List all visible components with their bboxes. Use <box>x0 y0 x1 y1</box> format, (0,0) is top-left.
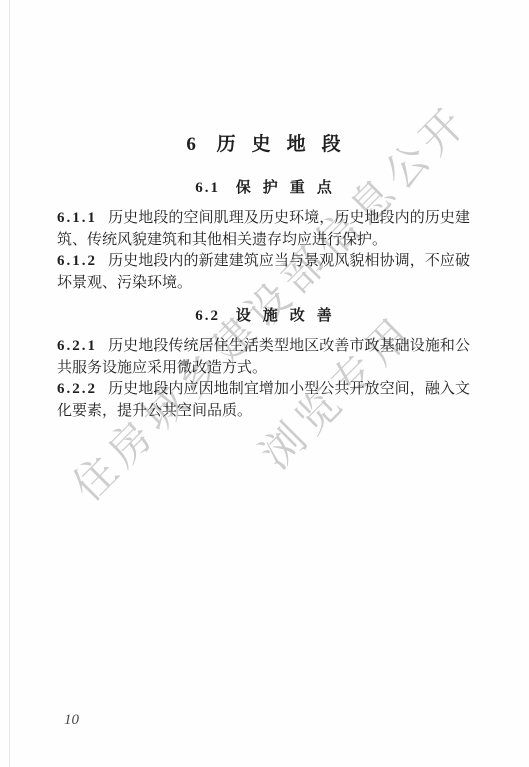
section-heading-6-2: 6.2 设施改善 <box>57 307 470 325</box>
section-heading-6-1: 6.1 保护重点 <box>57 179 470 197</box>
clause-6-2-1: 6.2.1历史地段传统居住生活类型地区改善市政基础设施和公共服务设施应采用微改造… <box>57 336 470 379</box>
clause-number: 6.2.1 <box>57 336 108 358</box>
document-page: 住房城乡建设部信息公开 浏览专用 6 历史地段 6.1 保护重点 6.1.1历史… <box>0 0 529 767</box>
chapter-number: 6 <box>186 134 196 155</box>
scan-edge-artifact <box>9 0 10 767</box>
clause-text: 历史地段传统居住生活类型地区改善市政基础设施和公共服务设施应采用微改造方式。 <box>57 338 470 376</box>
clause-text: 历史地段内的新建建筑应当与景观风貌相协调，不应破坏景观、污染环境。 <box>57 253 470 291</box>
clause-number: 6.2.2 <box>57 379 108 401</box>
page-content: 6 历史地段 6.1 保护重点 6.1.1历史地段的空间肌理及历史环境，历史地段… <box>57 0 470 423</box>
section-title: 设施改善 <box>236 308 344 324</box>
section-title: 保护重点 <box>236 180 344 196</box>
section-number: 6.1 <box>195 180 220 196</box>
clause-6-2-2: 6.2.2历史地段内应因地制宜增加小型公共开放空间，融入文化要素，提升公共空间品… <box>57 379 470 422</box>
clause-6-1-1: 6.1.1历史地段的空间肌理及历史环境，历史地段内的历史建筑、传统风貌建筑和其他… <box>57 208 470 251</box>
page-number: 10 <box>64 712 79 729</box>
section-number: 6.2 <box>195 308 220 324</box>
clause-number: 6.1.1 <box>57 208 108 230</box>
clause-text: 历史地段的空间肌理及历史环境，历史地段内的历史建筑、传统风貌建筑和其他相关遗存均… <box>57 210 470 248</box>
clause-text: 历史地段内应因地制宜增加小型公共开放空间，融入文化要素，提升公共空间品质。 <box>57 381 470 419</box>
chapter-title: 历史地段 <box>217 134 357 155</box>
chapter-heading: 6 历史地段 <box>57 134 470 156</box>
clause-6-1-2: 6.1.2历史地段内的新建建筑应当与景观风貌相协调，不应破坏景观、污染环境。 <box>57 251 470 294</box>
clause-number: 6.1.2 <box>57 251 108 273</box>
